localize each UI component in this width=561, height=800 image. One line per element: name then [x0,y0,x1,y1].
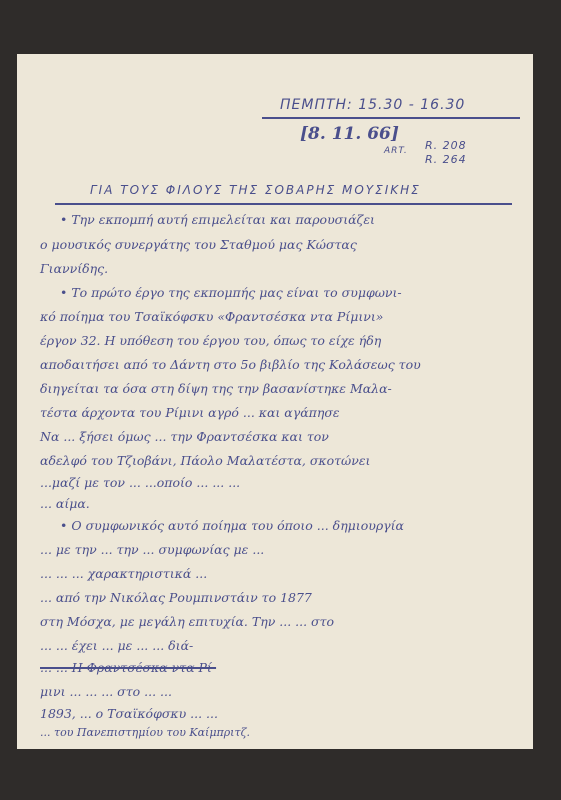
body-line: ... του Πανεπιστημίου του Καίμπριτζ. [40,726,250,739]
body-line: • Την εκπομπή αυτή επιμελείται και παρου… [60,212,375,227]
body-line: 1893, ... ο Τσαϊκόφσκυ ... ... [40,706,218,721]
document-title: ΓΙΑ ΤΟΥΣ ΦΙΛΟΥΣ ΤΗΣ ΣΟΒΑΡΗΣ ΜΟΥΣΙΚΗΣ [90,183,421,197]
body-line: ο μουσικός συνεργάτης του Σταθμού μας Κώ… [40,237,357,252]
day-time-label: ΠΕΜΠΤΗ: 15.30 - 16.30 [280,97,465,113]
body-line: • Ο συμφωνικός αυτό ποίημα του όποιο ...… [60,518,404,533]
art-label: ART. [384,146,408,156]
body-line-struck: ... ... Η Φραντσέσκα ντα Ρί- [40,660,216,675]
body-line: Γιαννίδης. [40,261,108,276]
body-line: διηγείται τα όσα στη δίψη της την βασανί… [40,381,392,396]
body-line: ... με την ... την ... συμφωνίας με ... [40,542,264,557]
body-line: ... ... έχει ... με ... ... διά- [40,638,193,653]
title-underline [55,203,512,205]
body-line: τέστα άρχοντα του Ρίμινι αγρό ... και αγ… [40,405,340,420]
body-line: ...μαζί με τον ... ...οποίο ... ... ... [40,475,240,490]
date-label: [8. 11. 66] [300,124,399,144]
body-line: έργον 32. Η υπόθεση του έργου του, όπως … [40,333,381,348]
body-line: κό ποίημα του Τσαϊκόφσκυ «Φραντσέσκα ντα… [40,309,383,324]
body-line: μινι ... ... ... στο ... ... [40,684,172,699]
header-underline [262,117,520,119]
body-line: • Το πρώτο έργο της εκπομπής μας είναι τ… [60,285,402,300]
art-ref-2: R. 264 [425,153,467,166]
body-line: στη Μόσχα, με μεγάλη επιτυχία. Την ... .… [40,614,334,629]
body-line: ... ... ... χαρακτηριστικά ... [40,566,207,581]
body-line: αδελφό του Τζιοβάνι, Πάολο Μαλατέστα, σκ… [40,453,370,468]
body-line: Να ... ξήσει όμως ... την Φραντσέσκα και… [40,429,329,444]
body-line: αποδαιτήσει από το Δάντη στο 5ο βιβλίο τ… [40,357,421,372]
body-line: ... από την Νικόλας Ρουμπινστάιν το 1877 [40,590,312,605]
body-line: ... αίμα. [40,496,90,511]
art-ref-1: R. 208 [425,139,467,152]
